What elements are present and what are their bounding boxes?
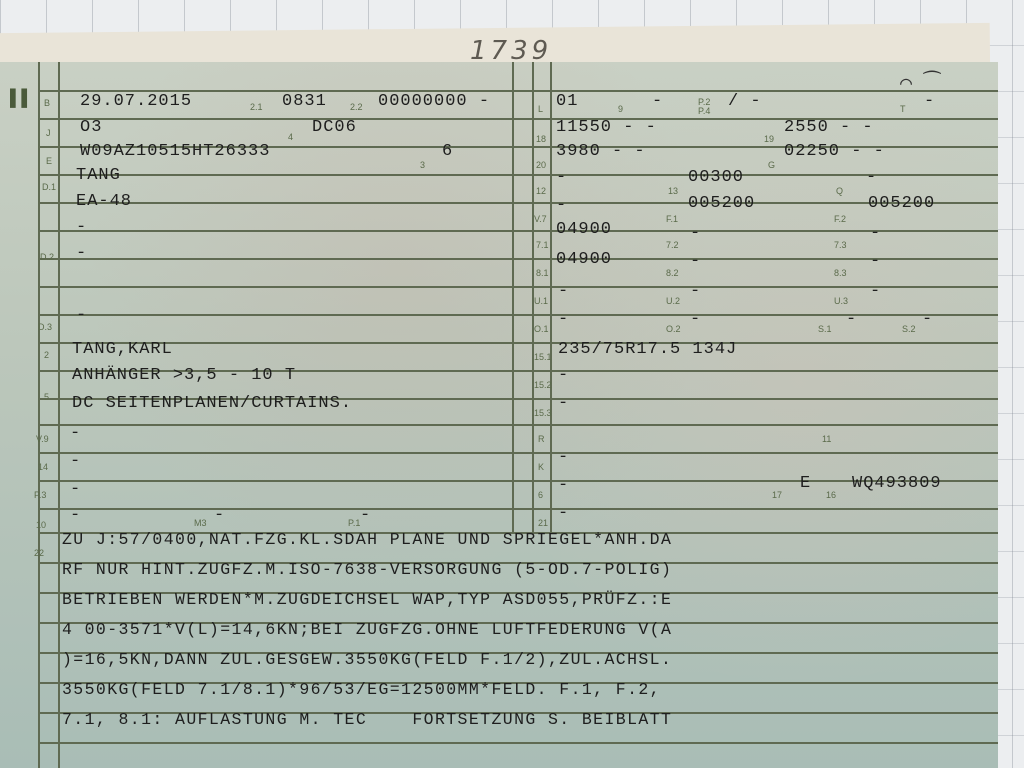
- field-e-vin: W09AZ10515HT26333: [80, 142, 270, 161]
- label-5: 5: [44, 392, 49, 402]
- field-5-line2: DC SEITENPLANEN/CURTAINS.: [72, 394, 352, 413]
- label-8-1: 8.1: [536, 268, 549, 278]
- field-13: 00300: [688, 168, 744, 187]
- label-15-3: 15.3: [534, 408, 552, 418]
- field-6: -: [558, 476, 569, 495]
- label-q: Q: [836, 186, 843, 196]
- field-m3: -: [214, 506, 225, 525]
- label-o1: O.1: [534, 324, 549, 334]
- label-d3: D.3: [38, 322, 52, 332]
- field-d2: -: [76, 244, 87, 263]
- label-p1: P.1: [348, 518, 360, 528]
- label-l: L: [538, 104, 543, 114]
- field-17: E: [800, 474, 811, 493]
- label-k: K: [538, 462, 544, 472]
- field-15-2: -: [558, 366, 569, 385]
- label-21: 21: [538, 518, 548, 528]
- field-14: -: [70, 452, 81, 471]
- label-16: 16: [826, 490, 836, 500]
- label-e: E: [46, 156, 52, 166]
- field-2-1: 0831: [282, 92, 327, 111]
- label-15-2: 15.2: [534, 380, 552, 390]
- label-20: 20: [536, 160, 546, 170]
- field-19: 2550 - -: [784, 118, 874, 137]
- field-g: 02250 - -: [784, 142, 885, 161]
- label-u1: U.1: [534, 296, 548, 306]
- field-u3: -: [870, 282, 881, 301]
- remarks-line-5: )=16,5KN,DANN ZUL.GESGEW.3550KG(FELD F.1…: [62, 650, 672, 669]
- label-j: J: [46, 128, 51, 138]
- field-18: 11550 - -: [556, 118, 657, 137]
- label-2-1: 2.1: [250, 102, 263, 112]
- field-v9: -: [70, 424, 81, 443]
- label-m3: M3: [194, 518, 207, 528]
- field-12: -: [556, 168, 567, 187]
- remarks-line-2: RF NUR HINT.ZUGFZ.M.ISO-7638-VERSORGUNG …: [62, 560, 672, 579]
- label-s1: S.1: [818, 324, 832, 334]
- field-d1-line3: -: [76, 218, 87, 237]
- registration-document: ▌▌ ⌒ ⁀ B 29.07.2015 2.1 0831 2.2 0000000…: [0, 62, 998, 768]
- field-7-3: -: [870, 224, 881, 243]
- field-p1: -: [360, 506, 371, 525]
- label-b: B: [44, 98, 50, 108]
- field-d1-line2: EA-48: [76, 192, 132, 211]
- field-p3: -: [70, 480, 81, 499]
- field-21: -: [558, 504, 569, 523]
- field-10: -: [70, 506, 81, 525]
- field-s1: -: [846, 310, 857, 329]
- label-7-3: 7.3: [834, 240, 847, 250]
- remarks-line-4: 4 00-3571*V(L)=14,6KN;BEI ZUGFZG.OHNE LU…: [62, 620, 672, 639]
- field-2-holder: TANG,KARL: [72, 340, 173, 359]
- field-2-2: 00000000 -: [378, 92, 490, 111]
- label-9: 9: [618, 104, 623, 114]
- label-r: R: [538, 434, 545, 444]
- field-o2: -: [690, 310, 701, 329]
- field-15-1-tire: 235/75R17.5 134J: [558, 340, 737, 359]
- label-7-1: 7.1: [536, 240, 549, 250]
- field-p2-p4: / -: [728, 92, 762, 111]
- field-15-3: -: [558, 394, 569, 413]
- label-o2: O.2: [666, 324, 681, 334]
- label-19: 19: [764, 134, 774, 144]
- field-q: -: [866, 168, 877, 187]
- remarks-line-6: 3550KG(FELD 7.1/8.1)*96/53/EG=12500MM*FE…: [62, 680, 661, 699]
- field-s2: -: [922, 310, 933, 329]
- label-11: 11: [822, 434, 831, 444]
- perforation-mark: ▌▌: [10, 90, 33, 108]
- label-4: 4: [288, 132, 293, 142]
- field-4: DC06: [312, 118, 357, 137]
- label-f2: F.2: [834, 214, 846, 224]
- field-7-1: 04900: [556, 220, 612, 239]
- label-13: 13: [668, 186, 678, 196]
- label-p3: P.3: [34, 490, 46, 500]
- label-t: T: [900, 104, 906, 114]
- label-d2: D.2: [40, 252, 54, 262]
- label-d1: D.1: [42, 182, 56, 192]
- label-u3: U.3: [834, 296, 848, 306]
- label-14: 14: [38, 462, 48, 472]
- field-t: -: [924, 92, 935, 111]
- field-u1: -: [558, 282, 569, 301]
- field-8-3: -: [870, 252, 881, 271]
- field-v7: -: [556, 196, 567, 215]
- field-j: O3: [80, 118, 102, 137]
- label-7-2: 7.2: [666, 240, 679, 250]
- label-u2: U.2: [666, 296, 680, 306]
- field-d3: -: [76, 306, 87, 325]
- field-9: -: [652, 92, 663, 111]
- label-8-2: 8.2: [666, 268, 679, 278]
- field-f2: 005200: [868, 194, 935, 213]
- label-v9: V.9: [36, 434, 49, 444]
- remarks-line-1: ZU J:57/0400,NAT.FZG.KL.SDAH PLANE UND S…: [62, 530, 672, 549]
- field-20: 3980 - -: [556, 142, 646, 161]
- field-b-date: 29.07.2015: [80, 92, 192, 111]
- field-5-line1: ANHÄNGER >3,5 - 10 T: [72, 366, 296, 385]
- field-k: -: [558, 448, 569, 467]
- field-l: 01: [556, 92, 578, 111]
- label-f1: F.1: [666, 214, 678, 224]
- label-g: G: [768, 160, 775, 170]
- label-2: 2: [44, 350, 49, 360]
- label-6: 6: [538, 490, 543, 500]
- label-22: 22: [34, 548, 44, 558]
- label-12: 12: [536, 186, 546, 196]
- label-17: 17: [772, 490, 782, 500]
- field-8-2: -: [690, 252, 701, 271]
- field-u2: -: [690, 282, 701, 301]
- field-d1-line1: TANG: [76, 166, 121, 185]
- label-10: 10: [36, 520, 46, 530]
- label-p2-p4: P.2 P.4: [698, 98, 714, 116]
- field-7-2: -: [690, 224, 701, 243]
- field-8-1: 04900: [556, 250, 612, 269]
- field-o1: -: [558, 310, 569, 329]
- label-s2: S.2: [902, 324, 916, 334]
- label-2-2: 2.2: [350, 102, 363, 112]
- remarks-line-7: 7.1, 8.1: AUFLASTUNG M. TEC FORTSETZUNG …: [62, 710, 672, 729]
- field-3: 6: [442, 142, 453, 161]
- field-16: WQ493809: [852, 474, 942, 493]
- label-3: 3: [420, 160, 425, 170]
- remarks-line-3: BETRIEBEN WERDEN*M.ZUGDEICHSEL WAP,TYP A…: [62, 590, 672, 609]
- field-f1: 005200: [688, 194, 755, 213]
- label-18: 18: [536, 134, 546, 144]
- label-8-3: 8.3: [834, 268, 847, 278]
- label-15-1: 15.1: [534, 352, 552, 362]
- label-v7: V.7: [534, 214, 547, 224]
